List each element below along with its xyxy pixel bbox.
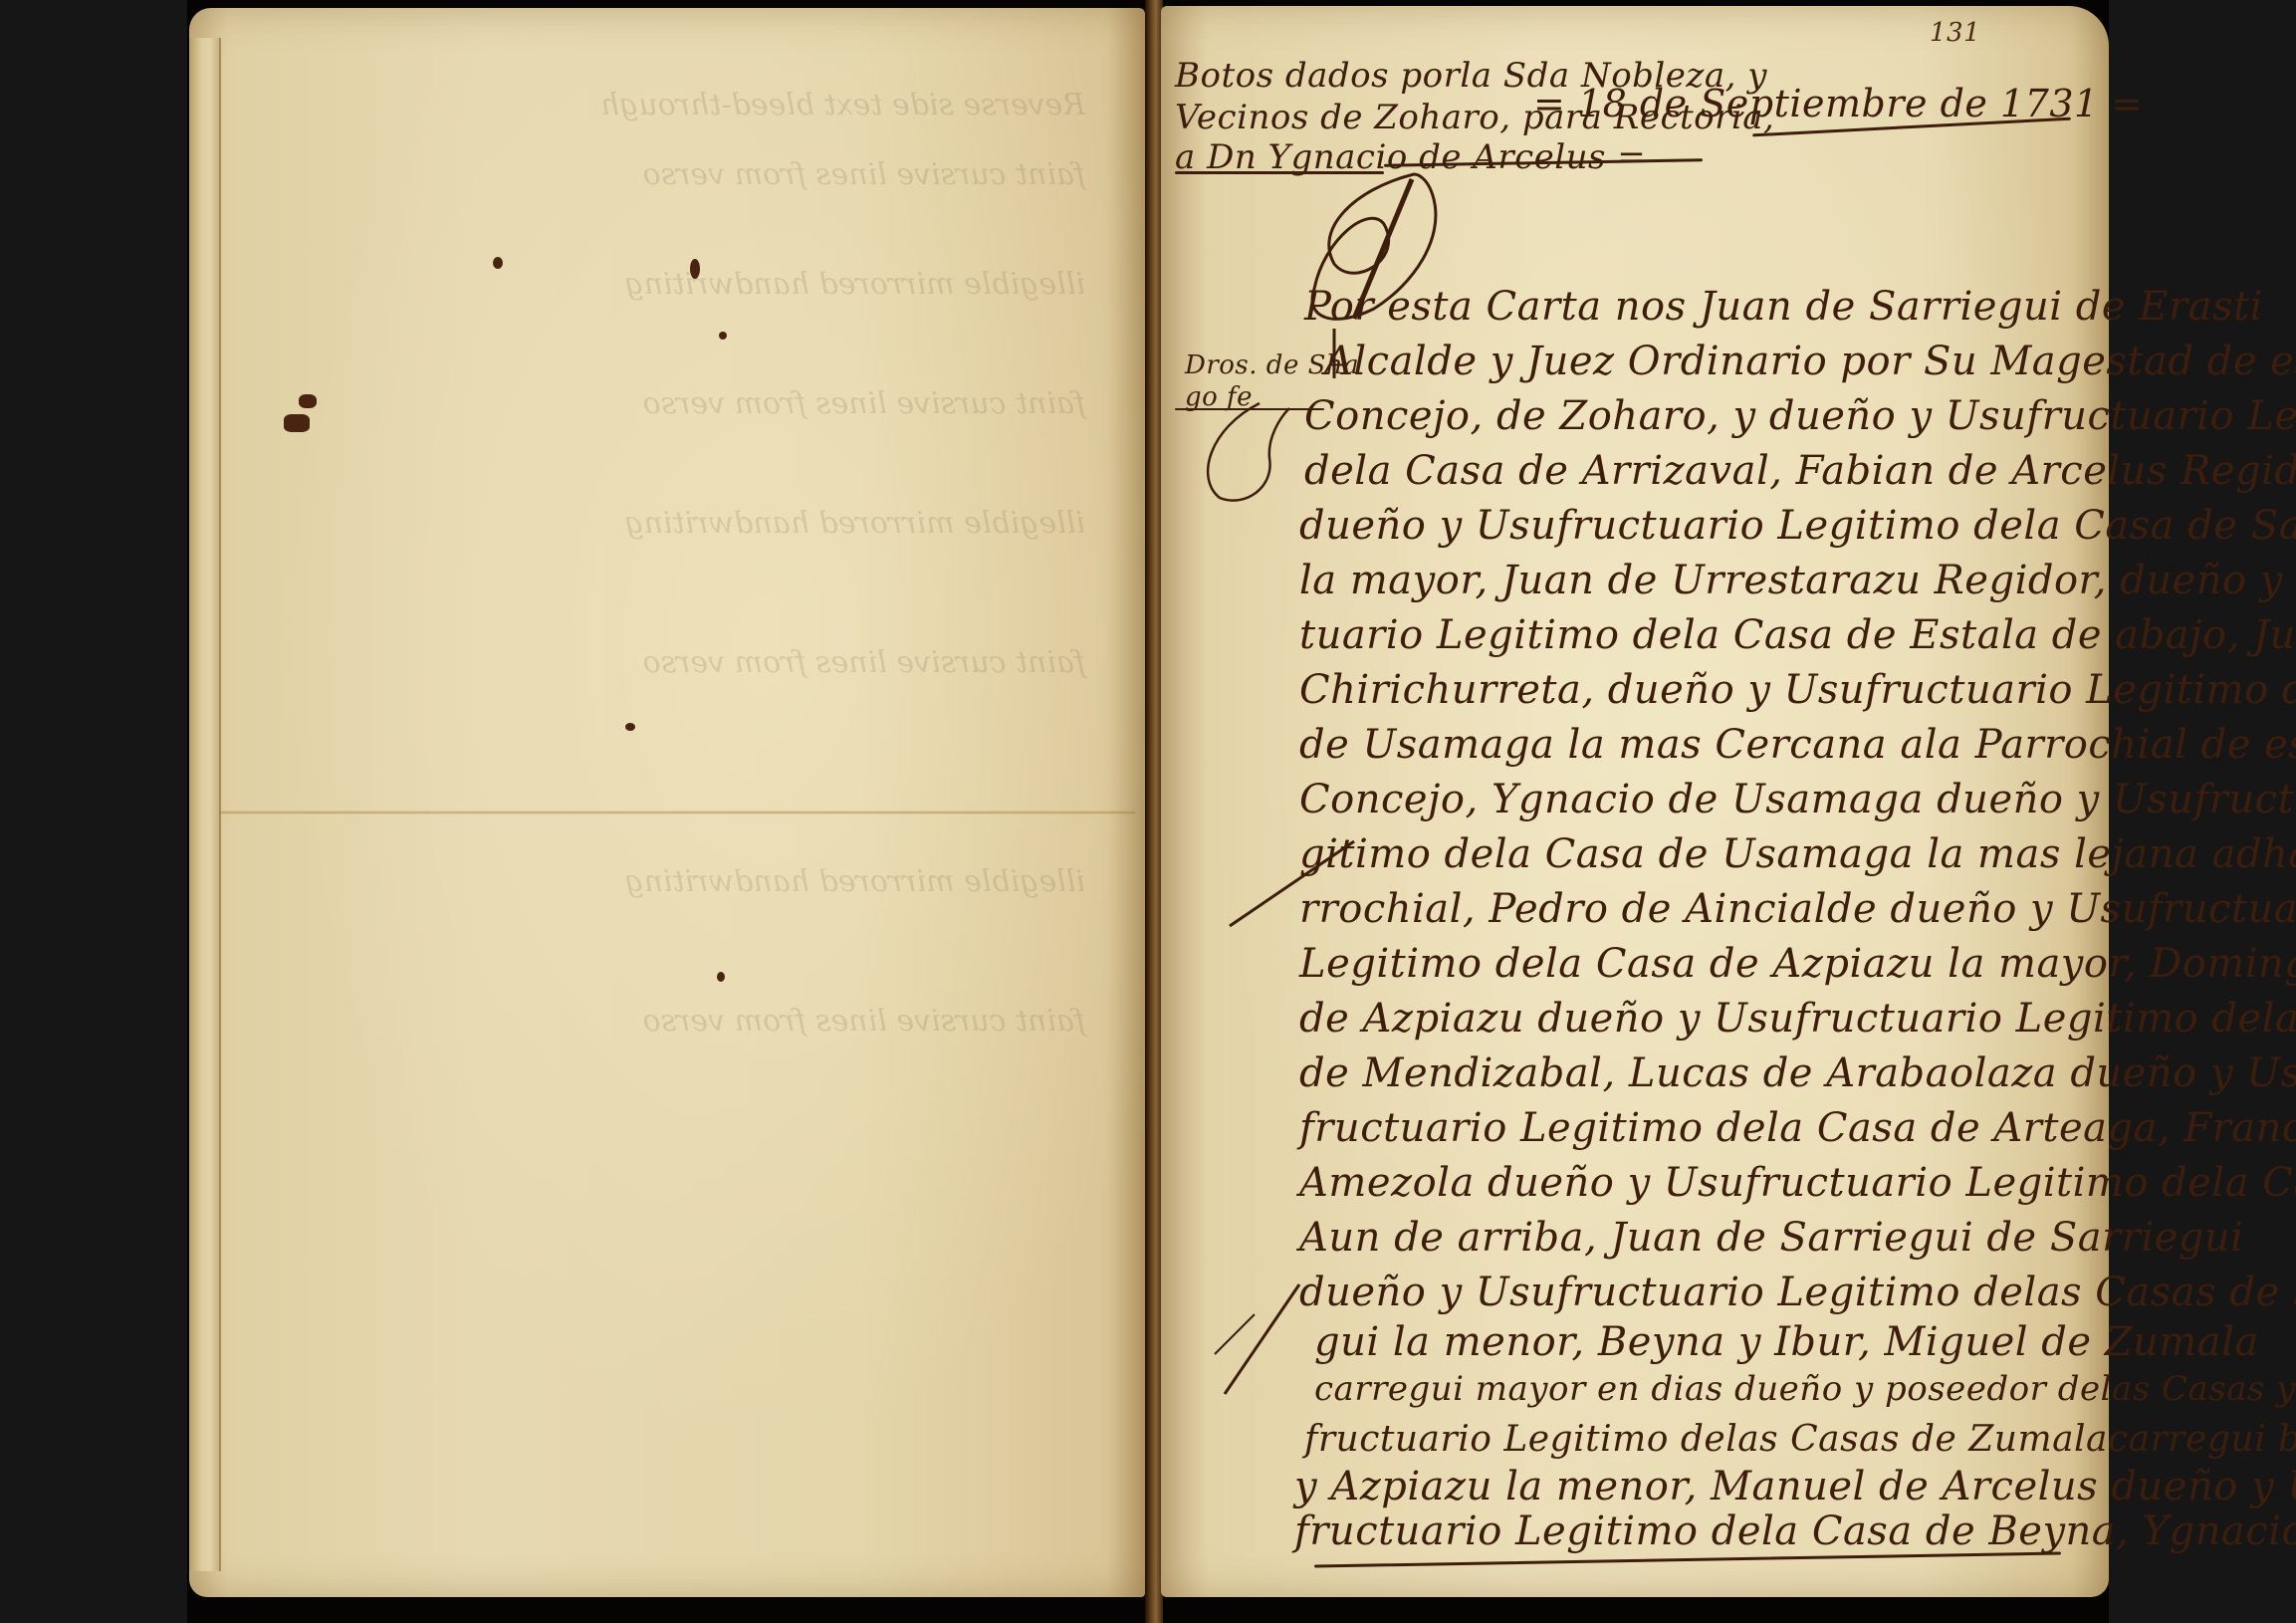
body-line: gui la menor, Beyna y Ibur, Miguel de Zu…: [1314, 1319, 2259, 1365]
bleed-through-line: faint cursive lines from verso: [329, 157, 1085, 192]
bleed-through-line: faint cursive lines from verso: [329, 386, 1085, 421]
bleed-through-line: illegible mirrored handwriting: [329, 864, 1085, 899]
bleed-through-line: illegible mirrored handwriting: [329, 267, 1085, 302]
ink-blot: [690, 259, 700, 279]
margin-pen-stroke-icon: [1195, 1275, 1314, 1414]
ink-blot: [719, 332, 727, 340]
ink-blot: [299, 394, 317, 408]
ink-blot: [717, 972, 725, 982]
bleed-through-line: illegible mirrored handwriting: [329, 506, 1085, 541]
page-number: 131: [1930, 18, 1980, 48]
body-line: fructuario Legitimo delas Casas de Zumal…: [1304, 1419, 2296, 1460]
body-line: Alcalde y Juez Ordinario por Su Magestad…: [1324, 339, 2296, 384]
body-line: rrochial, Pedro de Aincialde dueño y Usu…: [1299, 886, 2296, 932]
bleed-through-line: faint cursive lines from verso: [329, 1004, 1085, 1039]
body-line: Aun de arriba, Juan de Sarriegui de Sarr…: [1299, 1215, 2243, 1261]
ink-blot: [493, 257, 503, 269]
body-line: Por esta Carta nos Juan de Sarriegui de …: [1304, 284, 2263, 330]
body-line: Amezola dueño y Usufructuario Legitimo d…: [1299, 1160, 2296, 1206]
body-line: Chirichurreta, dueño y Usufructuario Leg…: [1299, 667, 2296, 713]
ink-blot: [625, 723, 635, 731]
fold-crease: [219, 811, 1135, 814]
body-line: de Mendizabal, Lucas de Arabaolaza dueño…: [1299, 1050, 2296, 1096]
body-line: de Usamaga la mas Cercana ala Parrochial…: [1299, 722, 2296, 768]
body-line: gitimo dela Casa de Usamaga la mas lejan…: [1299, 831, 2296, 877]
body-line: fructuario Legitimo dela Casa de Beyna, …: [1294, 1508, 2296, 1554]
body-line: Legitimo dela Casa de Azpiazu la mayor, …: [1299, 941, 2296, 987]
page-stack-edge: [189, 38, 221, 1571]
left-page: Reverse side text bleed-through faint cu…: [189, 8, 1145, 1597]
body-line: de Azpiazu dueño y Usufructuario Legitim…: [1299, 996, 2296, 1042]
body-line: Concejo, de Zoharo, y dueño y Usufructua…: [1304, 393, 2296, 439]
body-line: la mayor, Juan de Urrestarazu Regidor, d…: [1299, 558, 2296, 603]
body-line: dueño y Usufructuario Legitimo delas Cas…: [1299, 1270, 2296, 1315]
body-line: tuario Legitimo dela Casa de Estala de a…: [1299, 612, 2296, 658]
bleed-through-line: faint cursive lines from verso: [329, 645, 1085, 680]
body-line: y Azpiazu la menor, Manuel de Arcelus du…: [1294, 1464, 2296, 1509]
body-line: Concejo, Ygnacio de Usamaga dueño y Usuf…: [1299, 777, 2296, 822]
body-line: carregui mayor en dias dueño y poseedor …: [1314, 1369, 2296, 1409]
margin-flourish-icon: [1190, 398, 1309, 508]
body-line: fructuario Legitimo dela Casa de Arteaga…: [1299, 1105, 2296, 1151]
ink-blot: [284, 414, 310, 432]
body-line: dueño y Usufructuario Legitimo dela Casa…: [1299, 503, 2296, 549]
margin-pen-stroke-icon: [1215, 836, 1364, 936]
body-line: dela Casa de Arrizaval, Fabian de Arcelu…: [1304, 448, 2296, 494]
bleed-through-line: Reverse side text bleed-through: [329, 88, 1085, 122]
